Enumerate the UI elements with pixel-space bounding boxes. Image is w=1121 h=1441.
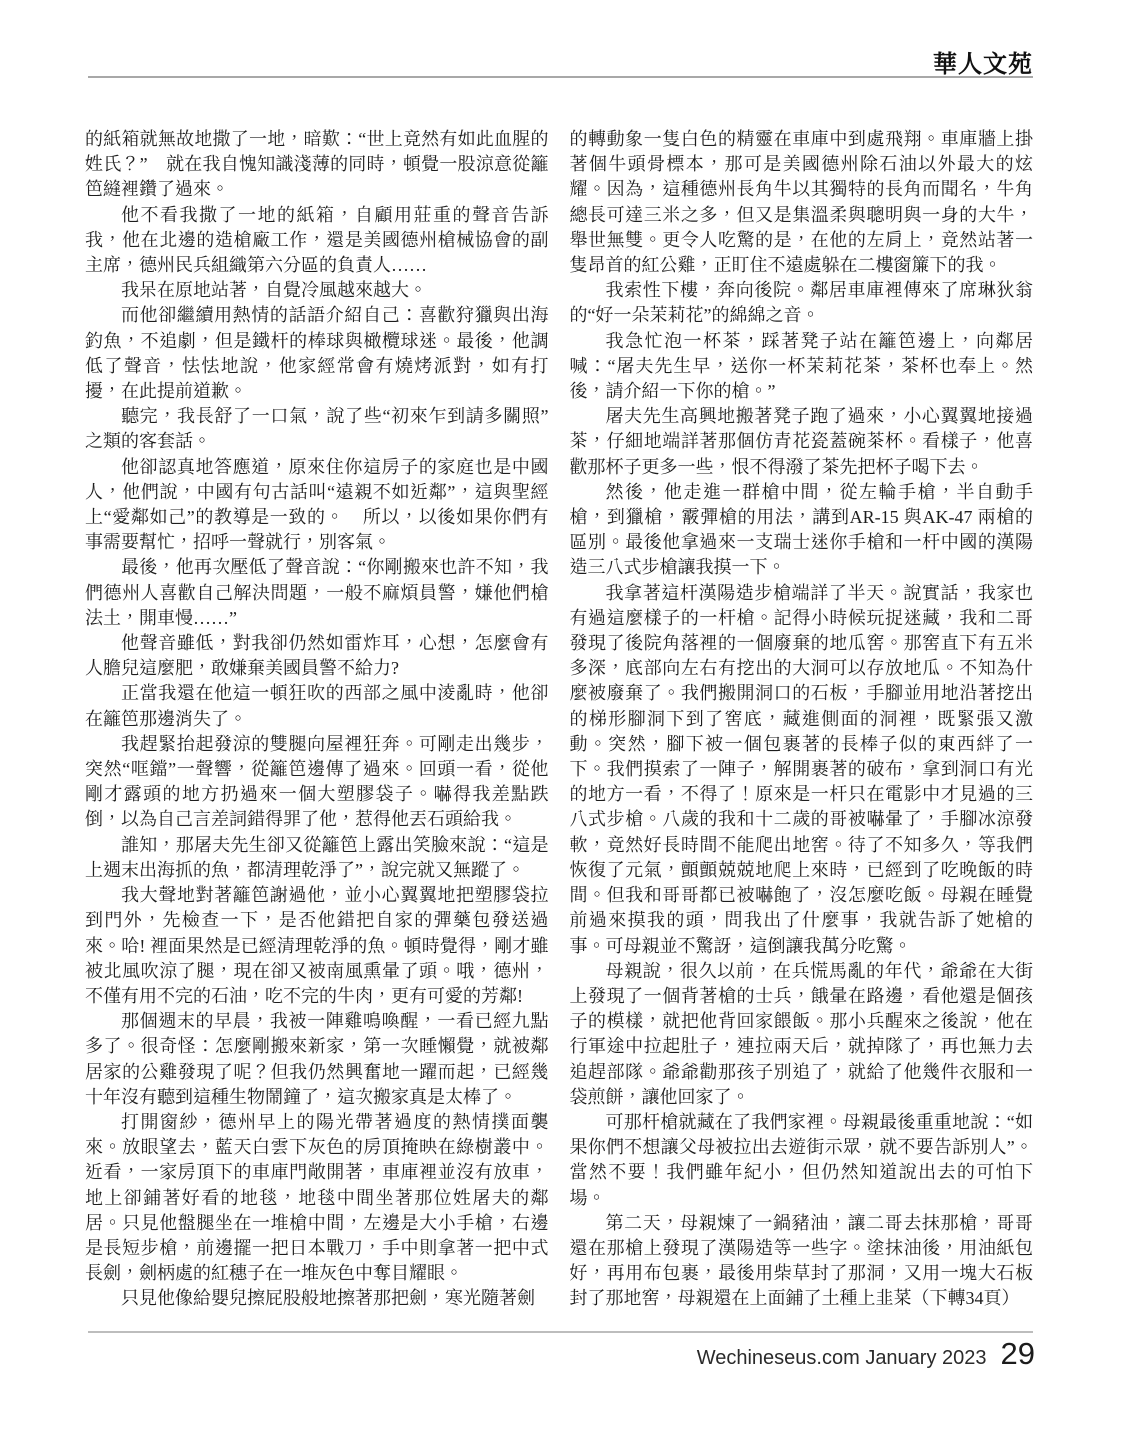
- article-body: 的紙箱就無故地撒了一地，暗歎：“世上竟然有如此血腥的姓氏？” 就在我自愧知識淺薄…: [85, 127, 1033, 1317]
- paragraph: 屠夫先生高興地搬著凳子跑了過來，小心翼翼地接過茶，仔細地端詳著那個仿青花瓷蓋碗茶…: [570, 404, 1034, 480]
- paragraph: 誰知，那屠夫先生卻又從籬笆上露出笑臉來說：“這是上週末出海抓的魚，都清理乾淨了”…: [85, 833, 549, 883]
- paragraph: 只見他像給嬰兒擦屁股般地擦著那把劍，寒光隨著劍: [85, 1286, 549, 1311]
- paragraph: 我索性下樓，奔向後院。鄰居車庫裡傳來了席琳狄翁的“好一朵茉莉花”的綿綿之音。: [570, 278, 1034, 328]
- paragraph: 正當我還在他這一頓狂吹的西部之風中淩亂時，他卻在籬笆那邊消失了。: [85, 681, 549, 731]
- paragraph: 母親說，很久以前，在兵慌馬亂的年代，爺爺在大街上發現了一個背著槍的士兵，餓暈在路…: [570, 959, 1034, 1110]
- paragraph: 我急忙泡一杯茶，踩著凳子站在籬笆邊上，向鄰居喊：“屠夫先生早，送你一杯茉莉花茶，…: [570, 329, 1034, 405]
- paragraph: 聽完，我長舒了一口氣，說了些“初來乍到請多關照”之類的客套話。: [85, 404, 549, 454]
- paragraph: 他不看我撒了一地的紙箱，自顧用莊重的聲音告訴我，他在北邊的造槍廠工作，還是美國德…: [85, 203, 549, 279]
- header-divider: [88, 76, 1033, 78]
- paragraph: 打開窗紗，德州早上的陽光帶著過度的熱情撲面襲來。放眼望去，藍天白雲下灰色的房頂掩…: [85, 1110, 549, 1286]
- paragraph: 的紙箱就無故地撒了一地，暗歎：“世上竟然有如此血腥的姓氏？” 就在我自愧知識淺薄…: [85, 127, 549, 203]
- footer-divider: [88, 1331, 1033, 1333]
- magazine-page: 華人文苑 的紙箱就無故地撒了一地，暗歎：“世上竟然有如此血腥的姓氏？” 就在我自…: [0, 0, 1121, 1441]
- paragraph: 的轉動象一隻白色的精靈在車庫中到處飛翔。車庫牆上掛著個牛頭骨標本，那可是美國德州…: [570, 127, 1034, 278]
- paragraph: 最後，他再次壓低了聲音說：“你剛搬來也許不知，我們德州人喜歡自己解決問題，一般不…: [85, 555, 549, 631]
- paragraph: 他聲音雖低，對我卻仍然如雷炸耳，心想，怎麼會有人膽兒這麼肥，敢嫌棄美國員警不給力…: [85, 631, 549, 681]
- paragraph: 我呆在原地站著，自覺冷風越來越大。: [85, 278, 549, 303]
- page-footer: Wechineseus.com January 2023 29: [697, 1336, 1035, 1372]
- text-column-right: 的轉動象一隻白色的精靈在車庫中到處飛翔。車庫牆上掛著個牛頭骨標本，那可是美國德州…: [570, 127, 1034, 1317]
- section-title: 華人文苑: [933, 44, 1033, 79]
- paragraph: 他卻認真地答應道，原來住你這房子的家庭也是中國人，他們說，中國有句古話叫“遠親不…: [85, 455, 549, 556]
- paragraph: 第二天，母親煉了一鍋豬油，讓二哥去抹那槍，哥哥還在那槍上發現了漢陽造等一些字。塗…: [570, 1211, 1034, 1312]
- paragraph: 而他卻繼續用熱情的話語介紹自己：喜歡狩獵與出海釣魚，不追劇，但是鐵杆的棒球與橄欖…: [85, 303, 549, 404]
- text-column-left: 的紙箱就無故地撒了一地，暗歎：“世上竟然有如此血腥的姓氏？” 就在我自愧知識淺薄…: [85, 127, 549, 1317]
- paragraph: 我大聲地對著籬笆謝過他，並小心翼翼地把塑膠袋拉到門外，先檢查一下，是否他錯把自家…: [85, 883, 549, 1009]
- paragraph: 那個週末的早晨，我被一陣雞鳴喚醒，一看已經九點多了。很奇怪：怎麼剛搬來新家，第一…: [85, 1009, 549, 1110]
- site-and-date: Wechineseus.com January 2023: [697, 1347, 987, 1370]
- page-number: 29: [1001, 1336, 1035, 1372]
- paragraph: 然後，他走進一群槍中間，從左輪手槍，半自動手槍，到獵槍，霰彈槍的用法，講到AR-…: [570, 480, 1034, 581]
- paragraph: 可那杆槍就藏在了我們家裡。母親最後重重地說：“如果你們不想讓父母被拉出去遊街示眾…: [570, 1110, 1034, 1211]
- paragraph: 我趕緊抬起發涼的雙腿向屋裡狂奔。可剛走出幾步，突然“哐鐺”一聲響，從籬笆邊傳了過…: [85, 732, 549, 833]
- paragraph: 我拿著這杆漢陽造步槍端詳了半天。說實話，我家也有過這麼樣子的一杆槍。記得小時候玩…: [570, 581, 1034, 959]
